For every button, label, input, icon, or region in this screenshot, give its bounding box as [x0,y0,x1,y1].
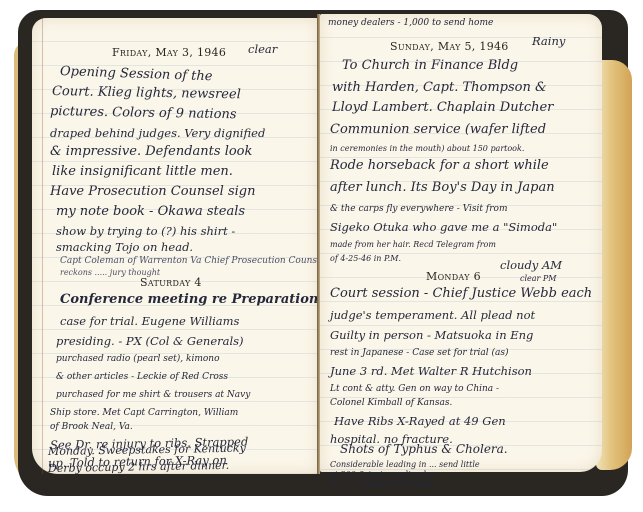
handwritten-line: Have Ribs X-Rayed at 49 Gen [334,414,506,428]
handwritten-line: purchased for me shirt & trousers at Nav… [56,390,250,400]
handwritten-line: Have Prosecution Counsel sign [50,184,255,199]
handwritten-note: Capt Coleman of Warrenton Va Chief Prose… [60,256,325,266]
handwritten-line: judge's temperament. All plead not [330,308,535,322]
handwritten-line: draped behind judges. Very dignified [50,126,265,140]
handwritten-line: show by trying to (?) his shirt - [56,224,235,238]
handwritten-line: Court session - Chief Justice Webb each [330,286,592,301]
handwritten-line: Opening Session of the [60,64,213,84]
handwritten-line: in ceremonies in the mouth) about 150 pa… [330,144,524,153]
diary-page-right: money dealers - 1,000 to send home Sunda… [320,14,602,472]
handwritten-line: Sigeko Otuka who gave me a "Simoda" [330,220,557,234]
handwritten-line: Court. Klieg lights, newsreel [52,84,241,102]
handwritten-line: Rode horseback for a short while [330,158,549,173]
handwritten-line: in ... - 2 letter from Steve [330,480,433,489]
weather-note-sunday: Rainy [532,34,565,48]
handwritten-line: & impressive. Defendants look [50,144,252,159]
handwritten-line: & the carps fly everywhere - Visit from [330,204,508,214]
handwritten-line: Lloyd Lambert. Chaplain Dutcher [332,100,553,115]
handwritten-line: Conference meeting re Preparation of [60,292,337,307]
handwritten-line: my note book - Okawa steals [56,204,245,219]
handwritten-line: rest in Japanese - Case set for trial (a… [330,348,509,358]
weather-note-monday-pm: clear PM [520,274,556,283]
date-header-sunday: Sunday, May 5, 1946 [390,40,509,53]
handwritten-line: Communion service (wafer lifted [330,122,546,137]
handwritten-line: Colonel Kimball of Kansas. [330,398,452,408]
handwritten-line: & other articles - Leckie of Red Cross [56,372,228,382]
handwritten-line: Ship store. Met Capt Carrington, William [50,408,238,418]
handwritten-line: Lt cont & atty. Gen on way to China - [330,384,499,394]
handwritten-line: presiding. - PX (Col & Generals) [56,334,244,348]
handwritten-line: pictures. Colors of 9 nations [50,104,237,122]
margin-line [42,18,43,474]
handwritten-line: Guilty in person - Matsuoka in Eng [330,328,533,342]
handwritten-line: made from her hair. Recd Telegram from [330,240,496,249]
handwritten-line: Shots of Typhus & Cholera. [340,442,508,456]
book-gutter [317,14,320,474]
date-header-friday: Friday, May 3, 1946 [112,46,226,59]
weather-note-monday-am: cloudy AM [500,258,562,272]
handwritten-line: case for trial. Eugene Williams [60,314,239,328]
handwritten-line: after lunch. Its Boy's Day in Japan [330,180,555,195]
date-header-saturday: Saturday 4 [140,276,202,289]
handwritten-line: with Harden, Capt. Thompson & [332,80,547,95]
handwritten-line: To Church in Finance Bldg [342,58,518,73]
handwritten-line: June 3 rd. Met Walter R Hutchison [330,364,532,378]
handwritten-line: like insignificant little men. [52,164,233,179]
date-header-monday: Monday 6 [426,270,481,283]
handwritten-line: smacking Tojo on head. [56,240,193,254]
handwritten-line: purchased radio (pearl set), kimono [56,354,220,364]
handwritten-line: of 4-25-46 in P.M. [330,254,401,263]
handwritten-line: of Brook Neal, Va. [50,422,133,432]
diary-page-left: Friday, May 3, 1946 clear Opening Sessio… [32,18,318,474]
handwritten-line: at 200 & just crawling by [330,470,433,479]
handwritten-note-top: money dealers - 1,000 to send home [328,18,493,28]
handwritten-line: Considerable leading in ... send little [330,460,480,469]
weather-note-friday: clear [248,42,277,56]
